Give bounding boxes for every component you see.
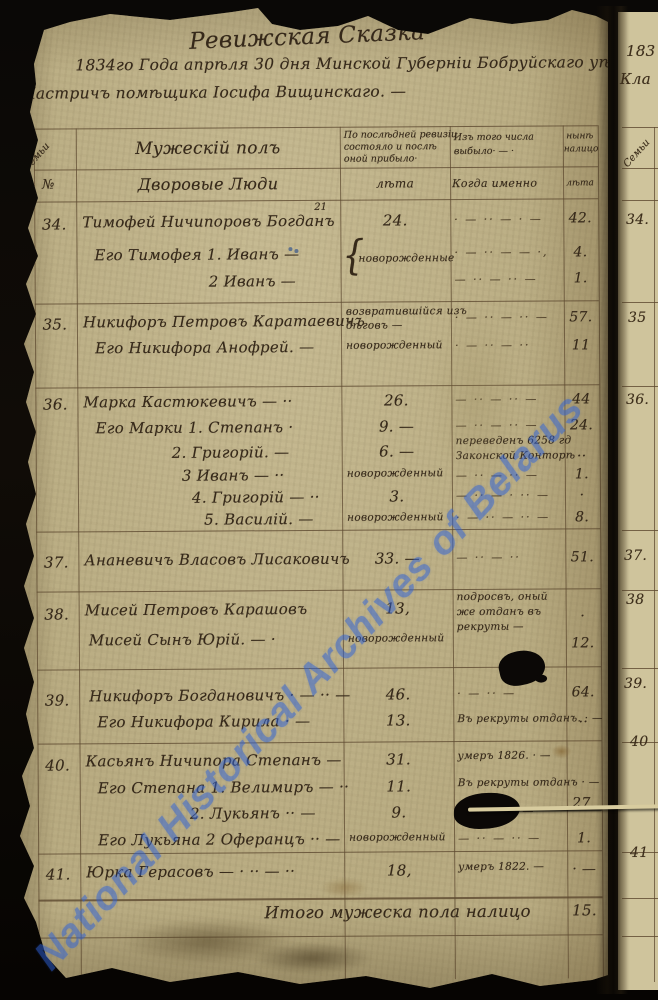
row-number: 37. [38,553,74,571]
stain [253,942,373,975]
row-number: 40. [40,756,76,774]
person-name: Мисей Сынъ Юрій. — · [89,630,276,649]
ink-speck [288,247,292,251]
age-value: 31. [344,750,454,769]
person-name: Его Никифора Анофрей. — [95,338,314,357]
newborn-note: новорожденный [346,339,443,352]
facing-page-row-number: 40 [630,734,648,750]
book-binding-fold [596,6,628,994]
header-departed-2: выбыло· — · [454,146,514,157]
person-name: 4. Григорій — ·· [192,488,320,507]
rule-line [654,127,655,982]
row-number: 41. [40,865,76,883]
header-when-exactly: Когда именно [452,177,537,191]
rule-line [39,934,603,938]
header-departed-1: Изъ того числа [454,132,534,143]
header-last-revision-1: По послѣдней ревизіи [344,129,457,141]
age-value: 13. [343,711,453,730]
recruit-note: же отданъ въ [457,606,542,619]
rule-line [36,528,600,532]
ditto-marks: · — ·· — ·· — [455,311,549,325]
age-value: 24. [340,211,450,230]
age-value: 26. [341,391,451,410]
present-age: 1. [565,270,597,286]
facing-page-row-number: 38 [626,592,644,608]
present-age: 57. [565,309,597,325]
row-number: 35. [37,315,73,333]
rule-line [35,300,599,304]
ink-speck [294,249,298,253]
facing-page-row-number: 34. [626,212,649,228]
header-years-right: лѣта [564,178,596,188]
age-value: 6. — [342,442,452,461]
archival-scan: Ревижская Сказка 1834го Года апрѣля 30 д… [0,0,658,1000]
person-name: Его Марки 1. Степанъ · [96,418,294,437]
person-name: Его Тимофея 1. Иванъ — [94,245,299,264]
ditto-marks: — ·· — ·· — [458,832,541,846]
row-number: 39. [39,691,75,709]
age-value: 9. [344,803,454,822]
age-value: 18, [344,861,454,880]
header-last-revision-2: состояло и послѣ [344,141,437,153]
person-name: Никифоръ Петровъ Каратаевичъ [83,312,365,332]
header-now-1: нынѣ [564,131,596,141]
ditto-marks: · — ·· — — ·, [454,246,548,260]
ditto-marks: — ·· — ·· — [455,393,538,407]
person-name: 2 Иванъ — [209,272,297,291]
present-age: 51. [566,549,598,565]
present-age: · [567,608,599,624]
header-serfs: Дворовые Люди [78,174,338,195]
rule-line [37,740,601,744]
present-age: 12. [567,635,599,651]
death-note: умеръ 1822. — [458,861,544,874]
person-name: Ананевичъ Власовъ Лисаковичъ [84,550,350,570]
death-note: умеръ 1826. · — [458,750,551,763]
header-family: Семьи [21,141,52,174]
present-age: 4. [564,244,596,260]
person-name: 2. Григорій. — [172,443,290,462]
page-content: Ревижская Сказка 1834го Года апрѣля 30 д… [0,0,615,1000]
ink-blot [496,646,548,689]
age-value: 46. [343,685,453,704]
document-title: Ревижская Сказка [147,17,468,56]
document-date-line: 1834го Года апрѣля 30 дня Минской Губерн… [75,53,658,75]
age-value: 9. — [341,417,451,436]
present-age: 1. [566,466,598,482]
facing-page-row-number: 35 [628,310,646,326]
person-name: 5. Василій. — [204,510,314,529]
stain [123,918,293,965]
newborn-note: новорожденный [347,467,444,480]
facing-page-row-number: 36. [626,392,649,408]
present-age: ·· [567,714,599,730]
header-last-revision-3: оной прибыло· [344,153,418,164]
rule-line [34,125,598,129]
present-age: 42. [564,210,596,226]
ditto-marks: · — ·· — [457,687,516,700]
recruit-note: рекруты — [457,621,524,633]
present-age: · [566,487,598,503]
facing-page-fragment: 183 [626,42,656,60]
recruit-note: Въ рекруты отданъ · — [458,776,600,789]
ink-blot [535,675,547,683]
row-number: 38. [39,605,75,623]
age-value: 11. [344,777,454,796]
present-age: ·· [566,448,598,464]
rule-line [35,384,599,388]
present-age: 8. [566,509,598,525]
header-males: Мужескій полъ [78,138,338,160]
status-note: возвратившійся изъ [346,305,467,318]
ditto-marks: · — ·· — · — [454,213,543,227]
document-page: Ревижская Сказка 1834го Года апрѣля 30 д… [0,0,612,1000]
ditto-marks: — ·· — ·· — [455,273,538,287]
recruit-note: подросвъ, оный [457,591,548,604]
person-name: Марка Кастюкевичъ — ·· [83,392,292,411]
present-age: 11 [565,337,597,353]
present-age: 64. [567,684,599,700]
header-years-left: лѣта [340,176,450,191]
stain [551,744,571,758]
total-label: Итого мужеска пола налицо [264,902,530,923]
newborn-note: новорожденный [349,831,446,844]
rule-line [34,166,598,170]
ditto-marks: · — ·· — ·· [455,339,531,352]
marginal-mark: 21 [314,202,327,213]
newborn-note: новорожденные [358,252,454,265]
document-estate-line: Кастричъ помѣщика Іосифа Вищинскаго. — [23,82,406,102]
row-number: 34. [36,215,72,233]
status-note: бѣговъ — [346,319,403,331]
facing-page-row-number: 41 [630,845,648,861]
person-name: Тимофей Ничипоровъ Богданъ [82,212,335,232]
row-number: 36. [37,395,73,413]
person-name: 3 Иванъ — ·· [182,466,285,485]
age-value: 3. [342,487,452,506]
person-name: Мисей Петровъ Карашовъ [85,600,308,619]
header-family-no: № [42,178,55,193]
ditto-marks: — ·· — ·· [456,551,521,564]
header-now-2: налицо [564,144,596,154]
